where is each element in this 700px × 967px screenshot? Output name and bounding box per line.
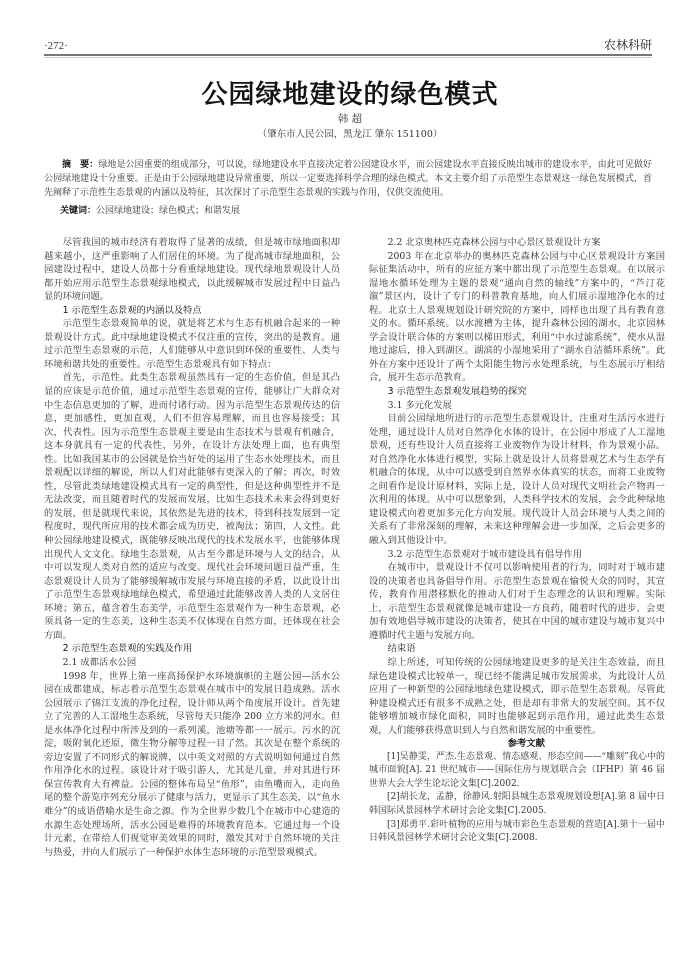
affiliation: （肇东市人民公园，黑龙江 肇东 151100） bbox=[0, 126, 700, 140]
abstract-label: 摘 要： bbox=[62, 160, 98, 170]
reference-item: [3]郑勇平.彩叶植物的应用与城市彩色生态景观的营造[A].第十一届中日韩风景园… bbox=[369, 819, 665, 846]
keywords-label: 关键词： bbox=[60, 206, 96, 216]
conclusion-heading: 结束语 bbox=[369, 642, 665, 656]
section-3-1-heading: 3.1 多元化发展 bbox=[369, 399, 665, 413]
journal-name: 农林科研 bbox=[604, 36, 652, 53]
keywords-text: 公园绿地建设；绿色模式；和谐发展 bbox=[96, 206, 240, 216]
section-2-1-paragraph: 1998 年，世界上第一座高扬保护水环境旗帜的主题公园—活水公园在成都建成，标志… bbox=[44, 670, 340, 860]
intro-paragraph: 尽管我国的城市经济有着取得了显著的成绩，但是城市绿地面积却越来越小，这严重影响了… bbox=[44, 236, 340, 304]
section-3-2-paragraph: 在城市中，景观设计不仅可以影响使用者的行为，同时对于城市建设的决策者也具备倡导作… bbox=[369, 561, 665, 642]
abstract: 摘 要：绿地是公园重要的组成部分，可以说，绿地建设水平直接决定着公园建设水平，而… bbox=[44, 158, 652, 200]
section-2-heading: 2 示范型生态景观的实践及作用 bbox=[44, 642, 340, 656]
section-2-1-heading: 2.1 成都活水公园 bbox=[44, 656, 340, 670]
right-column: 2.2 北京奥林匹克森林公园与中心景区景观设计方案 2003 年在北京举办的奥林… bbox=[369, 236, 665, 846]
reference-item: [1]吴静雯，严杰.生态景观、情态感观、形态空间——“雕刻”我心中的城市面貌[A… bbox=[369, 751, 665, 792]
header-rule bbox=[44, 54, 652, 56]
author: 韩 超 bbox=[0, 111, 700, 126]
header-rule-thin bbox=[44, 57, 652, 58]
section-2-2-paragraph: 2003 年在北京举办的奥林匹克森林公园与中心区景观设计方案国际征集活动中，所有… bbox=[369, 250, 665, 385]
section-1-heading: 1 示范型生态景观的内涵以及特点 bbox=[44, 304, 340, 318]
section-1-features-paragraph: 首先，示范性。此类生态景观虽然具有一定的生态价值，但是其凸显的应该是示范价值，通… bbox=[44, 371, 340, 642]
running-header: ·272· 农林科研 bbox=[44, 36, 652, 56]
references-heading: 参考文献 bbox=[369, 737, 665, 751]
section-3-1-paragraph: 目前公园绿地所进行的示范型生态景观设计，注重对生活污水进行处理，通过设计人员对自… bbox=[369, 412, 665, 547]
section-2-2-heading: 2.2 北京奥林匹克森林公园与中心景区景观设计方案 bbox=[369, 236, 665, 250]
article-title: 公园绿地建设的绿色模式 bbox=[0, 74, 700, 111]
section-3-2-heading: 3.2 示范型生态景观对于城市建设具有倡导作用 bbox=[369, 548, 665, 562]
conclusion-paragraph: 综上所述，可知传统的公园绿地建设更多的是关注生态效益，而且绿色建设模式比较单一，… bbox=[369, 656, 665, 737]
abstract-text: 绿地是公园重要的组成部分，可以说，绿地建设水平直接决定着公园建设水平，而公园建设… bbox=[44, 160, 652, 198]
reference-item: [2]胡长龙，孟静，徐静风.射阳县城生态景观规划设想[A].第 8 届中日韩国际… bbox=[369, 791, 665, 818]
left-column: 尽管我国的城市经济有着取得了显著的成绩，但是城市绿地面积却越来越小，这严重影响了… bbox=[44, 236, 340, 859]
section-3-heading: 3 示范型生态景观发展趋势的探究 bbox=[369, 385, 665, 399]
page-number: ·272· bbox=[44, 40, 68, 52]
section-1-paragraph: 示范型生态景观简单的说，就是将艺术与生态有机融合起来的一种景观设计方式。此中绿地… bbox=[44, 317, 340, 371]
keywords: 关键词：公园绿地建设；绿色模式；和谐发展 bbox=[60, 203, 240, 216]
